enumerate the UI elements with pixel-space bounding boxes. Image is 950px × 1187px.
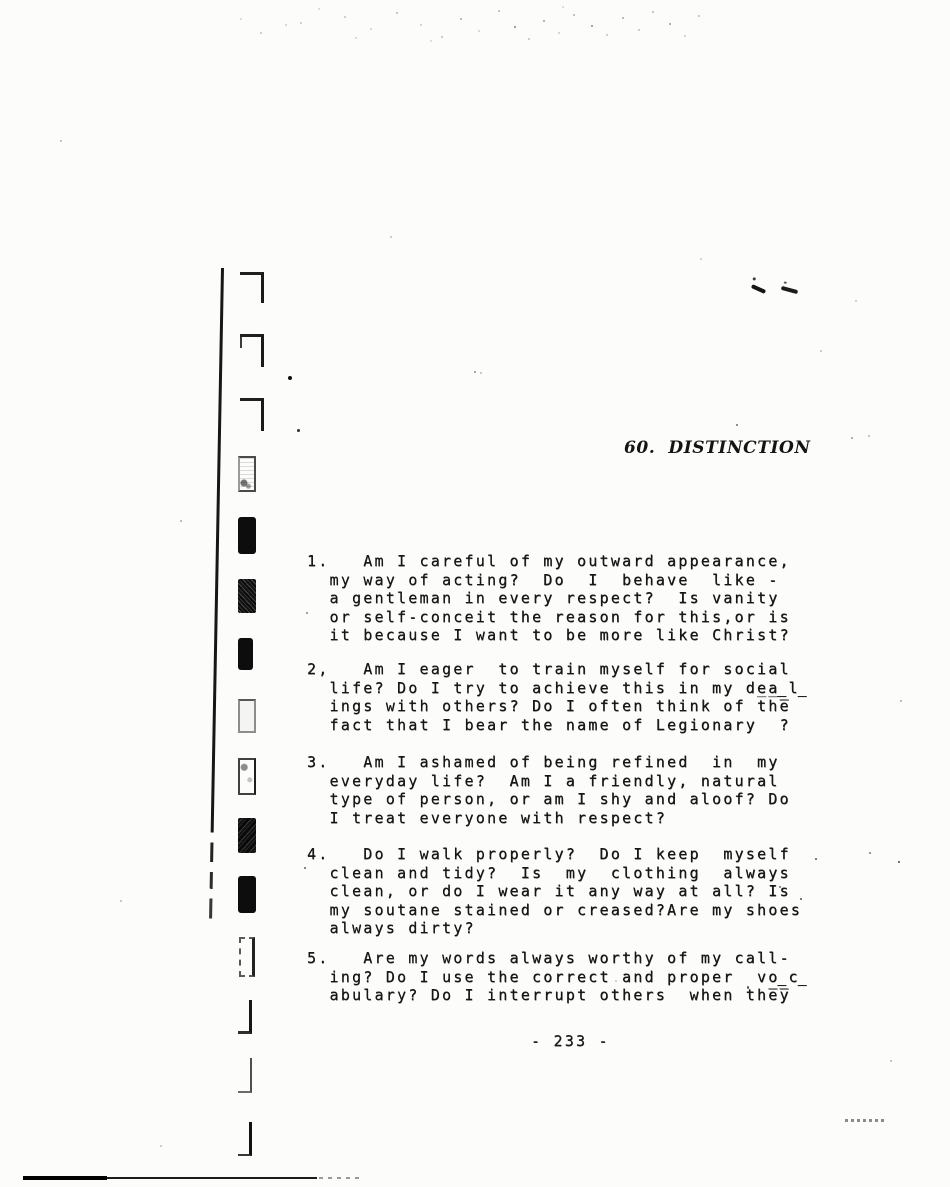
section-title: DISTINCTION xyxy=(668,438,810,458)
binding-mark xyxy=(239,937,255,977)
question-item-5: 5. Are my words always worthy of my call… xyxy=(307,949,809,1005)
page-number: - 233 - xyxy=(531,1032,610,1050)
binding-mark xyxy=(238,876,256,913)
question-item-1: 1. Am I careful of my outward appearance… xyxy=(307,552,791,645)
question-item-2: 2, Am I eager to train myself for social… xyxy=(307,660,809,734)
binding-mark xyxy=(238,1122,252,1156)
binding-mark xyxy=(238,818,256,853)
scan-noise-top xyxy=(300,22,302,24)
handwritten-mark xyxy=(781,286,798,294)
scan-noise-scatter xyxy=(60,140,62,142)
scanned-document-page: 60.DISTINCTION 1. Am I careful of my out… xyxy=(0,0,950,1187)
scan-speck xyxy=(800,898,802,900)
scan-speck xyxy=(304,867,306,869)
binding-edge-line xyxy=(209,268,224,932)
section-heading: 60.DISTINCTION xyxy=(624,438,811,458)
scan-speck xyxy=(736,424,738,426)
binding-mark xyxy=(238,517,256,554)
binding-mark xyxy=(238,579,256,613)
scan-speck xyxy=(898,861,900,863)
binding-mark xyxy=(238,699,256,733)
page-bottom-edge-line-thick xyxy=(23,1176,107,1180)
scan-speck xyxy=(851,437,853,439)
binding-mark xyxy=(238,1000,252,1034)
handwritten-mark xyxy=(751,284,766,294)
binding-mark xyxy=(238,638,253,670)
binding-mark xyxy=(240,334,264,367)
binding-mark xyxy=(240,398,264,431)
scan-speck xyxy=(288,376,292,380)
binding-mark xyxy=(238,456,256,492)
scan-speck xyxy=(474,371,476,373)
scan-speck xyxy=(869,852,871,854)
binding-mark xyxy=(238,1058,252,1093)
scan-speck xyxy=(306,612,308,614)
scan-artifact-dashes xyxy=(845,1119,887,1122)
scan-speck xyxy=(747,986,749,989)
binding-mark xyxy=(240,272,264,303)
binding-mark xyxy=(238,758,256,795)
scan-speck xyxy=(779,886,781,888)
section-number: 60. xyxy=(624,438,655,458)
scan-speck xyxy=(815,858,817,860)
scan-speck xyxy=(297,429,300,432)
question-item-3: 3. Am I ashamed of being refined in my e… xyxy=(307,753,791,827)
page-bottom-edge-dashes xyxy=(319,1177,363,1179)
question-item-4: 4. Do I walk properly? Do I keep myself … xyxy=(307,845,802,938)
